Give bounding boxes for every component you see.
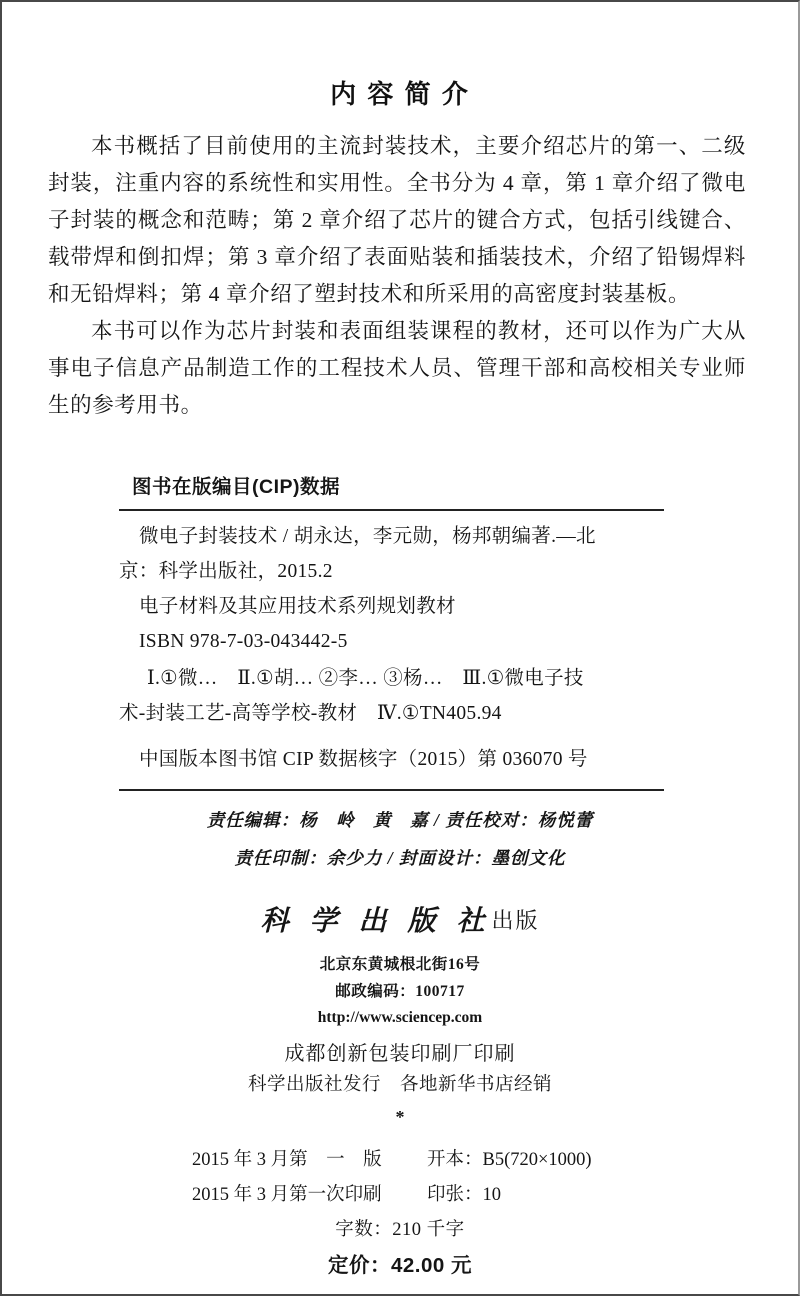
price-line: 定价：42.00 元	[2, 1248, 798, 1283]
sheets-info: 印张：10	[427, 1178, 501, 1213]
cip-classification: Ⅰ.①微… Ⅱ.①胡… ②李… ③杨… Ⅲ.①微电子技 术-封装工艺-高等学校-…	[119, 661, 664, 731]
impression-info: 2015 年 3 月第一次印刷	[192, 1178, 427, 1213]
cip-series-title: 电子材料及其应用技术系列规划教材	[119, 589, 664, 624]
publisher-postcode: 邮政编码：100717	[2, 978, 798, 1005]
publisher-section: 科 学 出 版 社出版 北京东黄城根北街16号 邮政编码：100717 http…	[2, 903, 798, 1129]
cip-header: 图书在版编目(CIP)数据	[132, 474, 664, 500]
cip-class-line2: 术-封装工艺-高等学校-教材 Ⅳ.①TN405.94	[119, 696, 664, 731]
cip-body: 微电子封装技术 / 胡永达，李元勋，杨邦朝编著.—北 京：科学出版社，2015.…	[119, 519, 664, 777]
publisher-suffix: 出版	[492, 908, 540, 933]
cip-class-line1: Ⅰ.①微… Ⅱ.①胡… ②李… ③杨… Ⅲ.①微电子技	[119, 661, 664, 696]
credit-printing-line: 责任印制：余少力 / 封面设计：墨创文化	[2, 839, 798, 877]
distribution-line: 科学出版社发行 各地新华书店经销	[2, 1071, 798, 1099]
cip-bottom-rule	[119, 789, 664, 791]
cip-section: 图书在版编目(CIP)数据 微电子封装技术 / 胡永达，李元勋，杨邦朝编著.—北…	[119, 474, 664, 791]
publisher-imprint-line: 科 学 出 版 社出版	[2, 903, 798, 944]
publisher-url: http://www.sciencep.com	[2, 1005, 798, 1031]
printer-line: 成都创新包装印刷厂印刷	[2, 1039, 798, 1069]
colophon-section: 2015 年 3 月第 一 版 开本：B5(720×1000) 2015 年 3…	[192, 1143, 622, 1213]
publisher-address: 北京东黄城根北街16号	[2, 951, 798, 978]
cip-isbn: ISBN 978-7-03-043442-5	[119, 624, 664, 659]
intro-text: 本书概括了目前使用的主流封装技术，主要介绍芯片的第一、二级封装，注重内容的系统性…	[48, 128, 746, 424]
edition-row: 2015 年 3 月第 一 版 开本：B5(720×1000)	[192, 1143, 622, 1178]
intro-paragraph-1: 本书概括了目前使用的主流封装技术，主要介绍芯片的第一、二级封装，注重内容的系统性…	[48, 128, 746, 313]
edition-info: 2015 年 3 月第 一 版	[192, 1143, 427, 1178]
separator-asterisk: *	[2, 1105, 798, 1129]
publisher-name: 科 学 出 版 社	[260, 906, 491, 937]
format-info: 开本：B5(720×1000)	[427, 1143, 592, 1178]
cip-top-rule	[119, 509, 664, 511]
cip-entry-line2: 京：科学出版社，2015.2	[119, 554, 664, 589]
word-count-line: 字数：210 千字	[2, 1213, 798, 1248]
intro-title: 内 容 简 介	[2, 74, 798, 111]
credit-editors-line: 责任编辑：杨 岭 黄 嘉 / 责任校对：杨悦蕾	[2, 801, 798, 839]
credits-section: 责任编辑：杨 岭 黄 嘉 / 责任校对：杨悦蕾 责任印制：余少力 / 封面设计：…	[2, 801, 798, 877]
cip-entry-line1: 微电子封装技术 / 胡永达，李元勋，杨邦朝编著.—北	[119, 519, 664, 554]
impression-row: 2015 年 3 月第一次印刷 印张：10	[192, 1178, 622, 1213]
intro-paragraph-2: 本书可以作为芯片封装和表面组装课程的教材，还可以作为广大从事电子信息产品制造工作…	[48, 313, 746, 424]
cip-record-number: 中国版本图书馆 CIP 数据核字（2015）第 036070 号	[119, 742, 664, 777]
book-copyright-page: 内 容 简 介 本书概括了目前使用的主流封装技术，主要介绍芯片的第一、二级封装，…	[0, 0, 800, 1296]
